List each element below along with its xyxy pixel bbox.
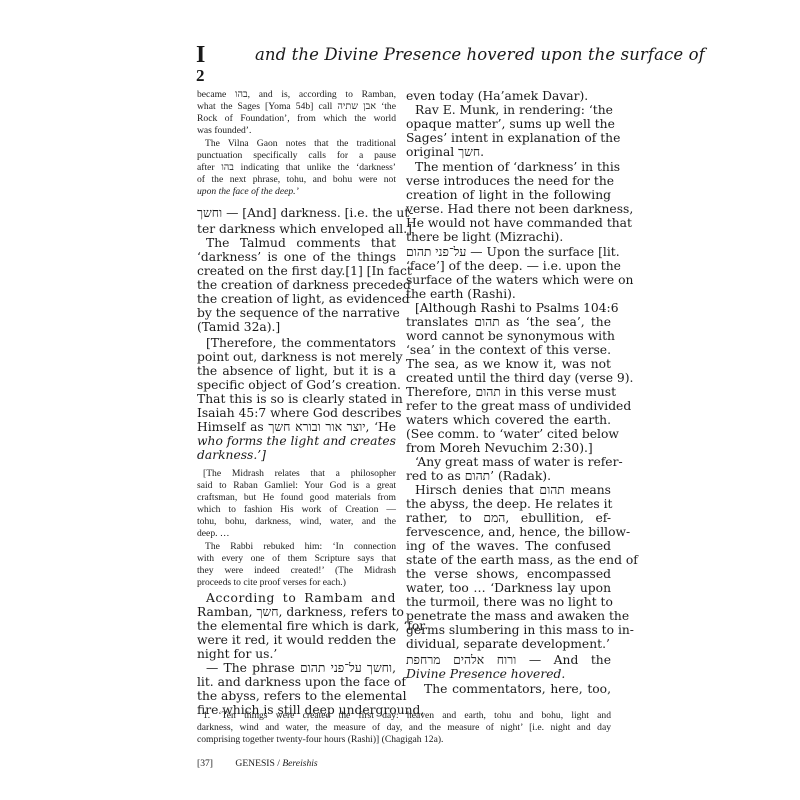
footnote-line: 1. ‘Ten things were created the first da… (203, 710, 611, 721)
text-line: by the sequence of the narrative (197, 306, 396, 320)
text-line: verse. Had there not been darkness, (406, 202, 611, 216)
text-line: word cannot be synonymous with (406, 329, 611, 343)
text-line: opaque matter’, sums up well the (406, 117, 611, 131)
text-line: ‘face’] of the deep. — i.e. upon the (406, 259, 611, 273)
commentary-line: The Vilna Gaon notes that the traditiona… (205, 138, 396, 149)
text-line: [Although Rashi to Psalms 104:6 (415, 301, 611, 315)
text-line: Sages’ intent in explanation of the (406, 131, 611, 145)
text-line: were it red, it would redden the (197, 633, 396, 647)
text-line: He would not have commanded that (406, 216, 611, 230)
commentary-line: after בהו indicating that unlike the ‘da… (197, 162, 396, 173)
text-line: the turmoil, there was no light to (406, 595, 611, 609)
text-line: lit. and darkness upon the face of (197, 675, 396, 689)
text-line: created until the third day (verse 9). (406, 371, 611, 385)
text-line: The commentators, here, too, (424, 682, 611, 696)
text-line: The sea, as we know it, was not (406, 357, 611, 371)
book-hebrew-title: Bereishis (282, 758, 317, 769)
running-head: and the Divine Presence hovered upon the… (255, 45, 705, 64)
text-line: fervescence, and, hence, the billow- (406, 525, 611, 539)
text-line: translates תהום as ‘the sea’, the (406, 315, 611, 330)
text-line: original חשך. (406, 145, 484, 160)
text-line: — The phrase וחשך על־פני תהום, (206, 661, 396, 676)
page-number: [37] (197, 758, 213, 769)
text-line: (See comm. to ‘water’ cited below (406, 427, 611, 441)
text-line: verse introduces the need for the (406, 174, 611, 188)
folio: [37] GENESIS / Bereishis (197, 758, 318, 769)
text-line: Rav E. Munk, in rendering: ‘the (415, 103, 611, 117)
commentary-line: craftsman, but He found good materials f… (197, 492, 396, 503)
footnote-line: comprising together twenty-four hours (R… (197, 734, 443, 745)
text-line: Divine Presence hovered. (406, 667, 565, 681)
book-page: I 2 and the Divine Presence hovered upon… (0, 0, 800, 800)
commentary-line: proceeds to cite proof verses for each.) (197, 577, 346, 588)
text-line: ‘sea’ in the context of this verse. (406, 343, 611, 357)
verse-number: 2 (196, 66, 205, 86)
text-line: That this is so is clearly stated in (197, 392, 396, 406)
text-line: waters which covered the earth. (406, 413, 611, 427)
text-line: Hirsch denies that תהום means (415, 483, 611, 498)
text-line: penetrate the mass and awaken the (406, 609, 611, 623)
text-line: According to Rambam and (206, 591, 396, 605)
commentary-line: The Rabbi rebuked him: ‘In connection (205, 541, 396, 552)
book-title: GENESIS / (235, 758, 280, 769)
commentary-line: of the next phrase, tohu, and bohu were … (197, 174, 396, 185)
text-line: specific object of God’s creation. (197, 378, 396, 392)
commentary-line: what the Sages [Yoma 54b] call אבן שתיה … (197, 101, 396, 112)
footnote-line: darkness, wind and water, the measure of… (197, 722, 611, 733)
text-line: Himself as יוצר אור ובורא חשך, ‘He (197, 420, 396, 435)
commentary-line: with every one of them Scripture says th… (197, 553, 396, 564)
text-line: who forms the light and creates (197, 434, 396, 448)
text-line: state of the earth mass, as the end of (406, 553, 611, 567)
text-line: red to as תהום’ (Radak). (406, 469, 551, 484)
text-line: ter darkness which enveloped all.] (197, 222, 412, 236)
text-line: וחשך — [And] darkness. [i.e. the ut- (197, 206, 396, 221)
text-line: night for us.’ (197, 647, 277, 661)
text-line: Therefore, תהום in this verse must (406, 385, 611, 400)
text-line: created on the first day.[1] [In fact (197, 264, 396, 278)
text-line: creation of light in the following (406, 188, 611, 202)
text-line: point out, darkness is not merely (197, 350, 396, 364)
commentary-line: was founded’. (197, 125, 251, 136)
text-line: the earth (Rashi). (406, 287, 516, 301)
text-line: the elemental fire which is dark, ‘for (197, 619, 396, 633)
commentary-line: Rock of Foundation’, from which the worl… (197, 113, 396, 124)
text-line: water, too … ‘Darkness lay upon (406, 581, 611, 595)
text-line: the abyss, refers to the elemental (197, 689, 396, 703)
text-line: Ramban, חשך, darkness, refers to (197, 605, 396, 620)
commentary-line: [The Midrash relates that a philosopher (203, 468, 396, 479)
text-line: even today (Ha’amek Davar). (406, 89, 588, 103)
commentary-line: said to Raban Gamliel: Your God is a gre… (197, 480, 396, 491)
text-line: the creation of darkness preceded (197, 278, 396, 292)
commentary-line: upon the face of the deep.’ (197, 186, 299, 197)
commentary-line: which to fashion His work of Creation — (197, 504, 396, 515)
text-line: the creation of light, as evidenced (197, 292, 396, 306)
commentary-line: deep. … (197, 528, 230, 539)
text-line: ‘darkness’ is one of the things (197, 250, 396, 264)
text-line: surface of the waters which were on (406, 273, 611, 287)
text-line: ing of the waves. The confused (406, 539, 611, 553)
text-line: rather, to המם, ebullition, ef- (406, 511, 611, 526)
text-line: the abyss, the deep. He relates it (406, 497, 611, 511)
text-line: from Moreh Nevuchim 2:30).] (406, 441, 593, 455)
chapter-number: I (196, 44, 205, 66)
commentary-line: became בהו, and is, according to Ramban, (197, 89, 396, 100)
text-line: ורוח אלהים מרחפת — And the (406, 653, 611, 668)
text-line: refer to the great mass of undivided (406, 399, 611, 413)
text-line: darkness.’] (197, 448, 266, 462)
text-line: [Therefore, the commentators (206, 336, 396, 350)
text-line: the absence of light, but it is a (197, 364, 396, 378)
text-line: (Tamid 32a).] (197, 320, 280, 334)
text-line: ‘Any great mass of water is refer- (415, 455, 611, 469)
text-line: The mention of ‘darkness’ in this (415, 160, 611, 174)
commentary-line: they were indeed created!’ (The Midrash (197, 565, 396, 576)
text-line: על־פני תהום — Upon the surface [lit. (406, 245, 611, 260)
text-line: the verse shows, encompassed (406, 567, 611, 581)
commentary-line: punctuation specifically calls for a pau… (197, 150, 396, 161)
text-line: germs slumbering in this mass to in- (406, 623, 611, 637)
text-line: there be light (Mizrachi). (406, 230, 563, 244)
commentary-line: tohu, bohu, darkness, wind, water, and t… (197, 516, 396, 527)
text-line: dividual, separate development.’ (406, 637, 610, 651)
text-line: Isaiah 45:7 where God describes (197, 406, 396, 420)
text-line: The Talmud comments that (206, 236, 396, 250)
